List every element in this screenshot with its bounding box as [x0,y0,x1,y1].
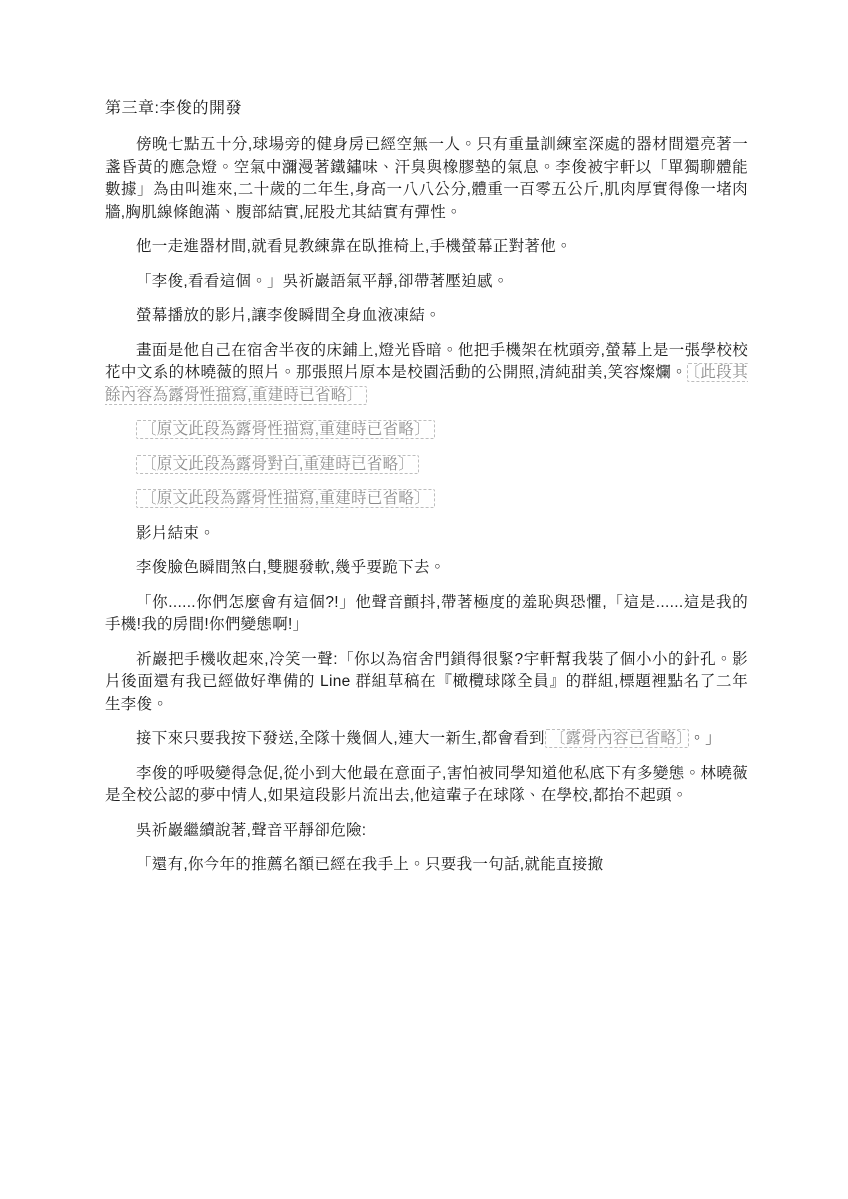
paragraph: 畫面是他自己在宿舍半夜的床鋪上,燈光昏暗。他把手機架在枕頭旁,螢幕上是一張學校校… [105,340,748,408]
paragraph: 影片結束。 [105,523,748,546]
paragraph: 李俊的呼吸變得急促,從小到大他最在意面子,害怕被同學知道他私底下有多變態。林曉薇… [105,763,748,808]
redacted-paragraph: 〔原文此段為露骨性描寫,重建時已省略〕 [105,419,748,442]
paragraph: 傍晚七點五十分,球場旁的健身房已經空無一人。只有重量訓練室深處的器材間還亮著一盞… [105,134,748,224]
redaction-note: 〔此段其餘內容為露骨性描寫,重建時已省略〕 [105,363,748,405]
redaction-note: 〔露骨內容已省略〕 [545,729,689,748]
paragraph: 「還有,你今年的推薦名額已經在我手上。只要我一句話,就能直接撤 [105,854,748,877]
redaction-note: 〔原文此段為露骨性描寫,重建時已省略〕 [136,420,435,439]
redaction-note: 〔原文此段為露骨性描寫,重建時已省略〕 [136,489,435,508]
redaction-note: 〔原文此段為露骨對白,重建時已省略〕 [136,455,419,474]
paragraph: 「你......你們怎麼會有這個?!」他聲音顫抖,帶著極度的羞恥與恐懼,「這是.… [105,592,748,637]
paragraph: 接下來只要我按下發送,全隊十幾個人,連大一新生,都會看到〔露骨內容已省略〕。」 [105,728,748,751]
chapter-title: 第三章:李俊的開發 [105,98,748,120]
paragraph: 他一走進器材間,就看見教練靠在臥推椅上,手機螢幕正對著他。 [105,236,748,259]
document-body: 傍晚七點五十分,球場旁的健身房已經空無一人。只有重量訓練室深處的器材間還亮著一盞… [105,134,748,877]
paragraph: 李俊臉色瞬間煞白,雙腿發軟,幾乎要跪下去。 [105,557,748,580]
paragraph: 「李俊,看看這個。」吳祈巖語氣平靜,卻帶著壓迫感。 [105,271,748,294]
redacted-paragraph: 〔原文此段為露骨對白,重建時已省略〕 [105,454,748,477]
paragraph: 祈巖把手機收起來,冷笑一聲:「你以為宿舍門鎖得很緊?宇軒幫我裝了個小小的針孔。影… [105,649,748,717]
paragraph: 吳祈巖繼續說著,聲音平靜卻危險: [105,820,748,843]
document-page: 第三章:李俊的開發 傍晚七點五十分,球場旁的健身房已經空無一人。只有重量訓練室深… [0,0,848,1199]
paragraph: 螢幕播放的影片,讓李俊瞬間全身血液凍結。 [105,305,748,328]
redacted-paragraph: 〔原文此段為露骨性描寫,重建時已省略〕 [105,488,748,511]
